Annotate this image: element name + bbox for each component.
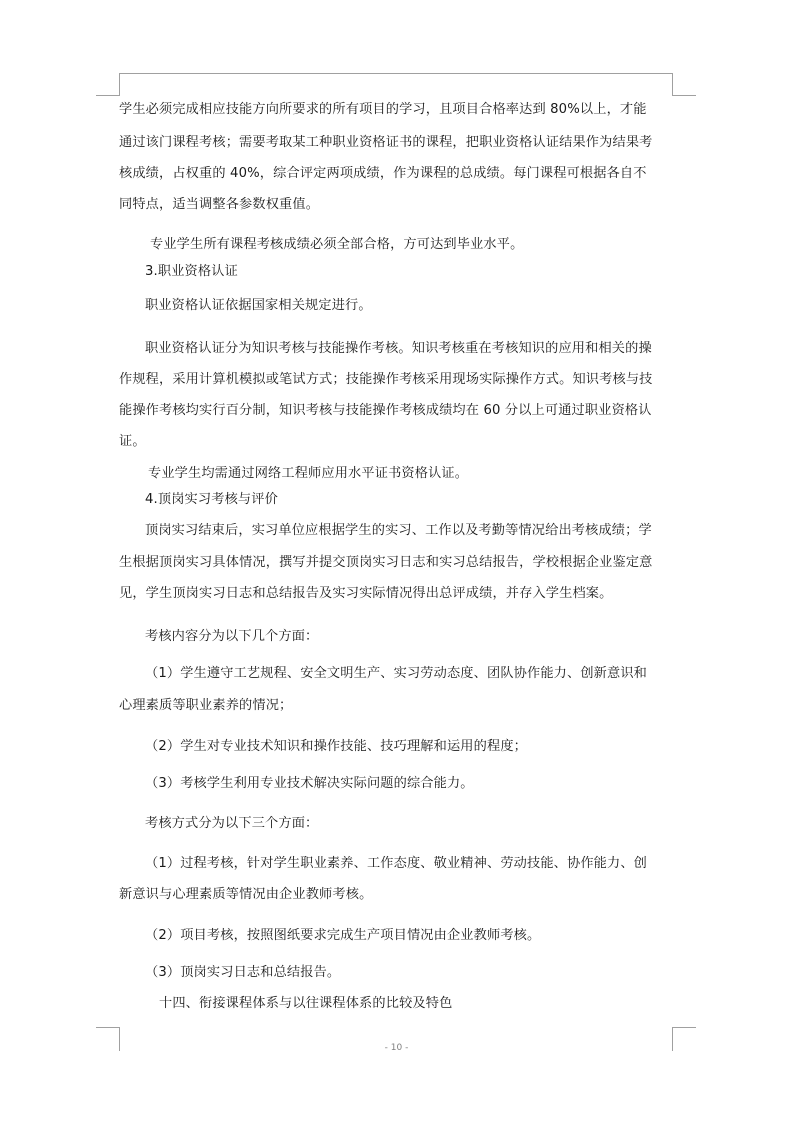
section-heading: 4.顶岗实习考核与评价 [145, 491, 278, 509]
text-line: 专业学生所有课程考核成绩必须全部合格，方可达到毕业水平。 [150, 236, 523, 254]
corner-mark-bottom-left-h [96, 1027, 119, 1028]
list-item: （2）项目考核，按照图纸要求完成生产项目情况由企业教师考核。 [145, 927, 540, 945]
text-line: 能操作考核均实行百分制，知识考核与技能操作考核成绩均在 60 分以上可通过职业资… [119, 402, 652, 420]
corner-mark-top-left-h [119, 73, 672, 74]
text-line: 职业资格认证分为知识考核与技能操作考核。知识考核重在考核知识的应用和相关的操 [145, 340, 652, 358]
corner-mark-top-right-v [672, 73, 673, 96]
text-line: 职业资格认证依据国家相关规定进行。 [145, 297, 372, 315]
chapter-heading: 十四、衔接课程体系与以往课程体系的比较及特色 [159, 995, 452, 1013]
text-line: 通过该门课程考核；需要考取某工种职业资格证书的课程，把职业资格认证结果作为结果考 [119, 134, 653, 152]
text-line: 见，学生顶岗实习日志和总结报告及实习实际情况得出总评成绩，并存入学生档案。 [119, 585, 612, 603]
text-line: 心理素质等职业素养的情况； [119, 697, 292, 715]
text-line: 考核方式分为以下三个方面： [145, 815, 318, 833]
text-line: 顶岗实习结束后，实习单位应根据学生的实习、工作以及考勤等情况给出考核成绩；学 [145, 522, 652, 540]
list-item: （1）过程考核，针对学生职业素养、工作态度、敬业精神、劳动技能、协作能力、创 [145, 855, 647, 873]
section-heading: 3.职业资格认证 [145, 263, 238, 281]
text-line: 作规程，采用计算机模拟或笔试方式；技能操作考核采用现场实际操作方式。知识考核与技 [119, 371, 653, 389]
corner-mark-top-right-ext [672, 95, 696, 96]
text-line: 学生必须完成相应技能方向所要求的所有项目的学习，且项目合格率达到 80%以上，才… [119, 101, 647, 119]
corner-mark-top-left-v [119, 73, 120, 96]
corner-mark-bottom-right-h [672, 1027, 696, 1028]
list-item: （2）学生对专业技术知识和操作技能、技巧理解和运用的程度； [145, 738, 527, 756]
page-number: - 10 - [0, 1043, 793, 1053]
text-line: 新意识与心理素质等情况由企业教师考核。 [119, 886, 372, 904]
text-line: 证。 [119, 433, 146, 451]
text-line: 同特点，适当调整各参数权重值。 [119, 196, 319, 214]
list-item: （1）学生遵守工艺规程、安全文明生产、实习劳动态度、团队协作能力、创新意识和 [145, 665, 647, 683]
text-line: 生根据顶岗实习具体情况，撰写并提交顶岗实习日志和实习总结报告，学校根据企业鉴定意 [119, 554, 653, 572]
text-line: 考核内容分为以下几个方面： [145, 628, 318, 646]
document-page: 学生必须完成相应技能方向所要求的所有项目的学习，且项目合格率达到 80%以上，才… [0, 0, 793, 1122]
text-line: 专业学生均需通过网络工程师应用水平证书资格认证。 [148, 465, 468, 483]
list-item: （3）顶岗实习日志和总结报告。 [145, 964, 340, 982]
list-item: （3）考核学生利用专业技术解决实际问题的综合能力。 [145, 775, 474, 793]
corner-mark-top-left-ext [96, 95, 119, 96]
text-line: 核成绩，占权重的 40%，综合评定两项成绩，作为课程的总成绩。每门课程可根据各自… [119, 165, 647, 183]
